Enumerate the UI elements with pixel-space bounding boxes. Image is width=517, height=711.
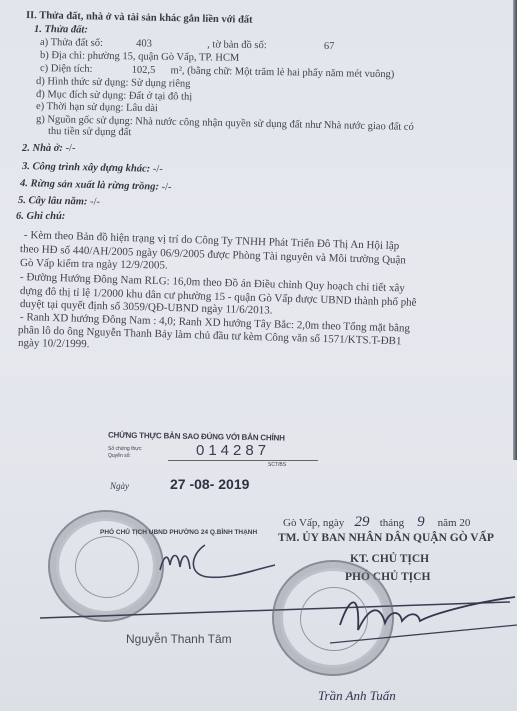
sign-month: 9	[407, 514, 435, 531]
note-line: Gò Vấp kiểm tra ngày 12/9/2005.	[20, 257, 168, 272]
house-row: 2. Nhà ở: -/-	[22, 143, 75, 155]
other-construction-row: 3. Công trình xây dựng khác: -/-	[22, 161, 163, 176]
deputy-signature	[330, 585, 517, 645]
book-suffix: SCT/BS	[268, 462, 286, 468]
year-label: năm 20	[438, 517, 471, 529]
place-date-line: Gò Vấp, ngày 29 tháng 9 năm 20	[283, 514, 470, 531]
perennial-label: 5. Cây lâu năm:	[18, 195, 88, 207]
cert-number-label: Số chứng thực:	[108, 446, 143, 452]
area-in-words: m², (bằng chữ: Một trăm lẻ hai phẩy năm …	[171, 65, 395, 80]
authority-line: TM. ỦY BAN NHÂN DÂN QUẬN GÒ VẤP	[278, 532, 494, 544]
book-number-label: Quyển số:	[108, 453, 131, 459]
certification-stamp: CHỨNG THỰC BẢN SAO ĐÚNG VỚI BẢN CHÍNH Số…	[108, 432, 338, 502]
sign-day: 29	[347, 514, 377, 531]
land-certificate-page: II. Thửa đất, nhà ở và tài sản khác gắn …	[0, 0, 517, 711]
month-label: tháng	[380, 517, 404, 529]
area-label: c) Diện tích:	[40, 63, 93, 75]
place-date-prefix: Gò Vấp, ngày	[283, 517, 344, 529]
notes-label: 6. Ghi chú:	[16, 211, 65, 223]
use-origin-cont: thu tiền sử dụng đất	[48, 126, 131, 139]
other-construction-value: -/-	[153, 164, 163, 175]
other-construction-label: 3. Công trình xây dựng khác:	[22, 161, 150, 175]
cert-number: 014287	[196, 442, 270, 459]
kt-chairman: KT. CHỦ TỊCH	[350, 553, 429, 565]
deputy-name-handwritten: Trần Anh Tuấn	[318, 688, 396, 704]
parcel-label: a) Thửa đất số:	[40, 37, 103, 49]
house-label: 2. Nhà ở:	[22, 143, 63, 154]
area-value: 102,5	[132, 65, 156, 76]
certifier-name: Nguyễn Thanh Tâm	[126, 632, 232, 646]
certifier-signature	[150, 535, 280, 585]
stamp-date: 27 -08- 2019	[170, 476, 249, 492]
forest-row: 4. Rừng sản xuất là rừng trồng: -/-	[20, 178, 172, 194]
perennial-value: -/-	[90, 197, 100, 208]
land-heading: 1. Thửa đất:	[34, 24, 88, 37]
parcel-number: 403	[136, 38, 152, 49]
forest-label: 4. Rừng sản xuất là rừng trồng:	[20, 178, 159, 193]
stamp-title: CHỨNG THỰC BẢN SAO ĐÚNG VỚI BẢN CHÍNH	[108, 430, 285, 442]
perennial-row: 5. Cây lâu năm: -/-	[18, 195, 100, 209]
forest-value: -/-	[161, 182, 171, 193]
note-line: ngày 10/2/1999.	[18, 337, 90, 350]
stamp-underline	[168, 460, 318, 461]
map-number: 67	[324, 41, 335, 52]
map-label: , tờ bản đồ số:	[207, 39, 267, 51]
stamp-date-label: Ngày	[110, 481, 129, 491]
house-value: -/-	[66, 143, 76, 154]
use-term: e) Thời hạn sử dụng: Lâu dài	[36, 101, 158, 115]
